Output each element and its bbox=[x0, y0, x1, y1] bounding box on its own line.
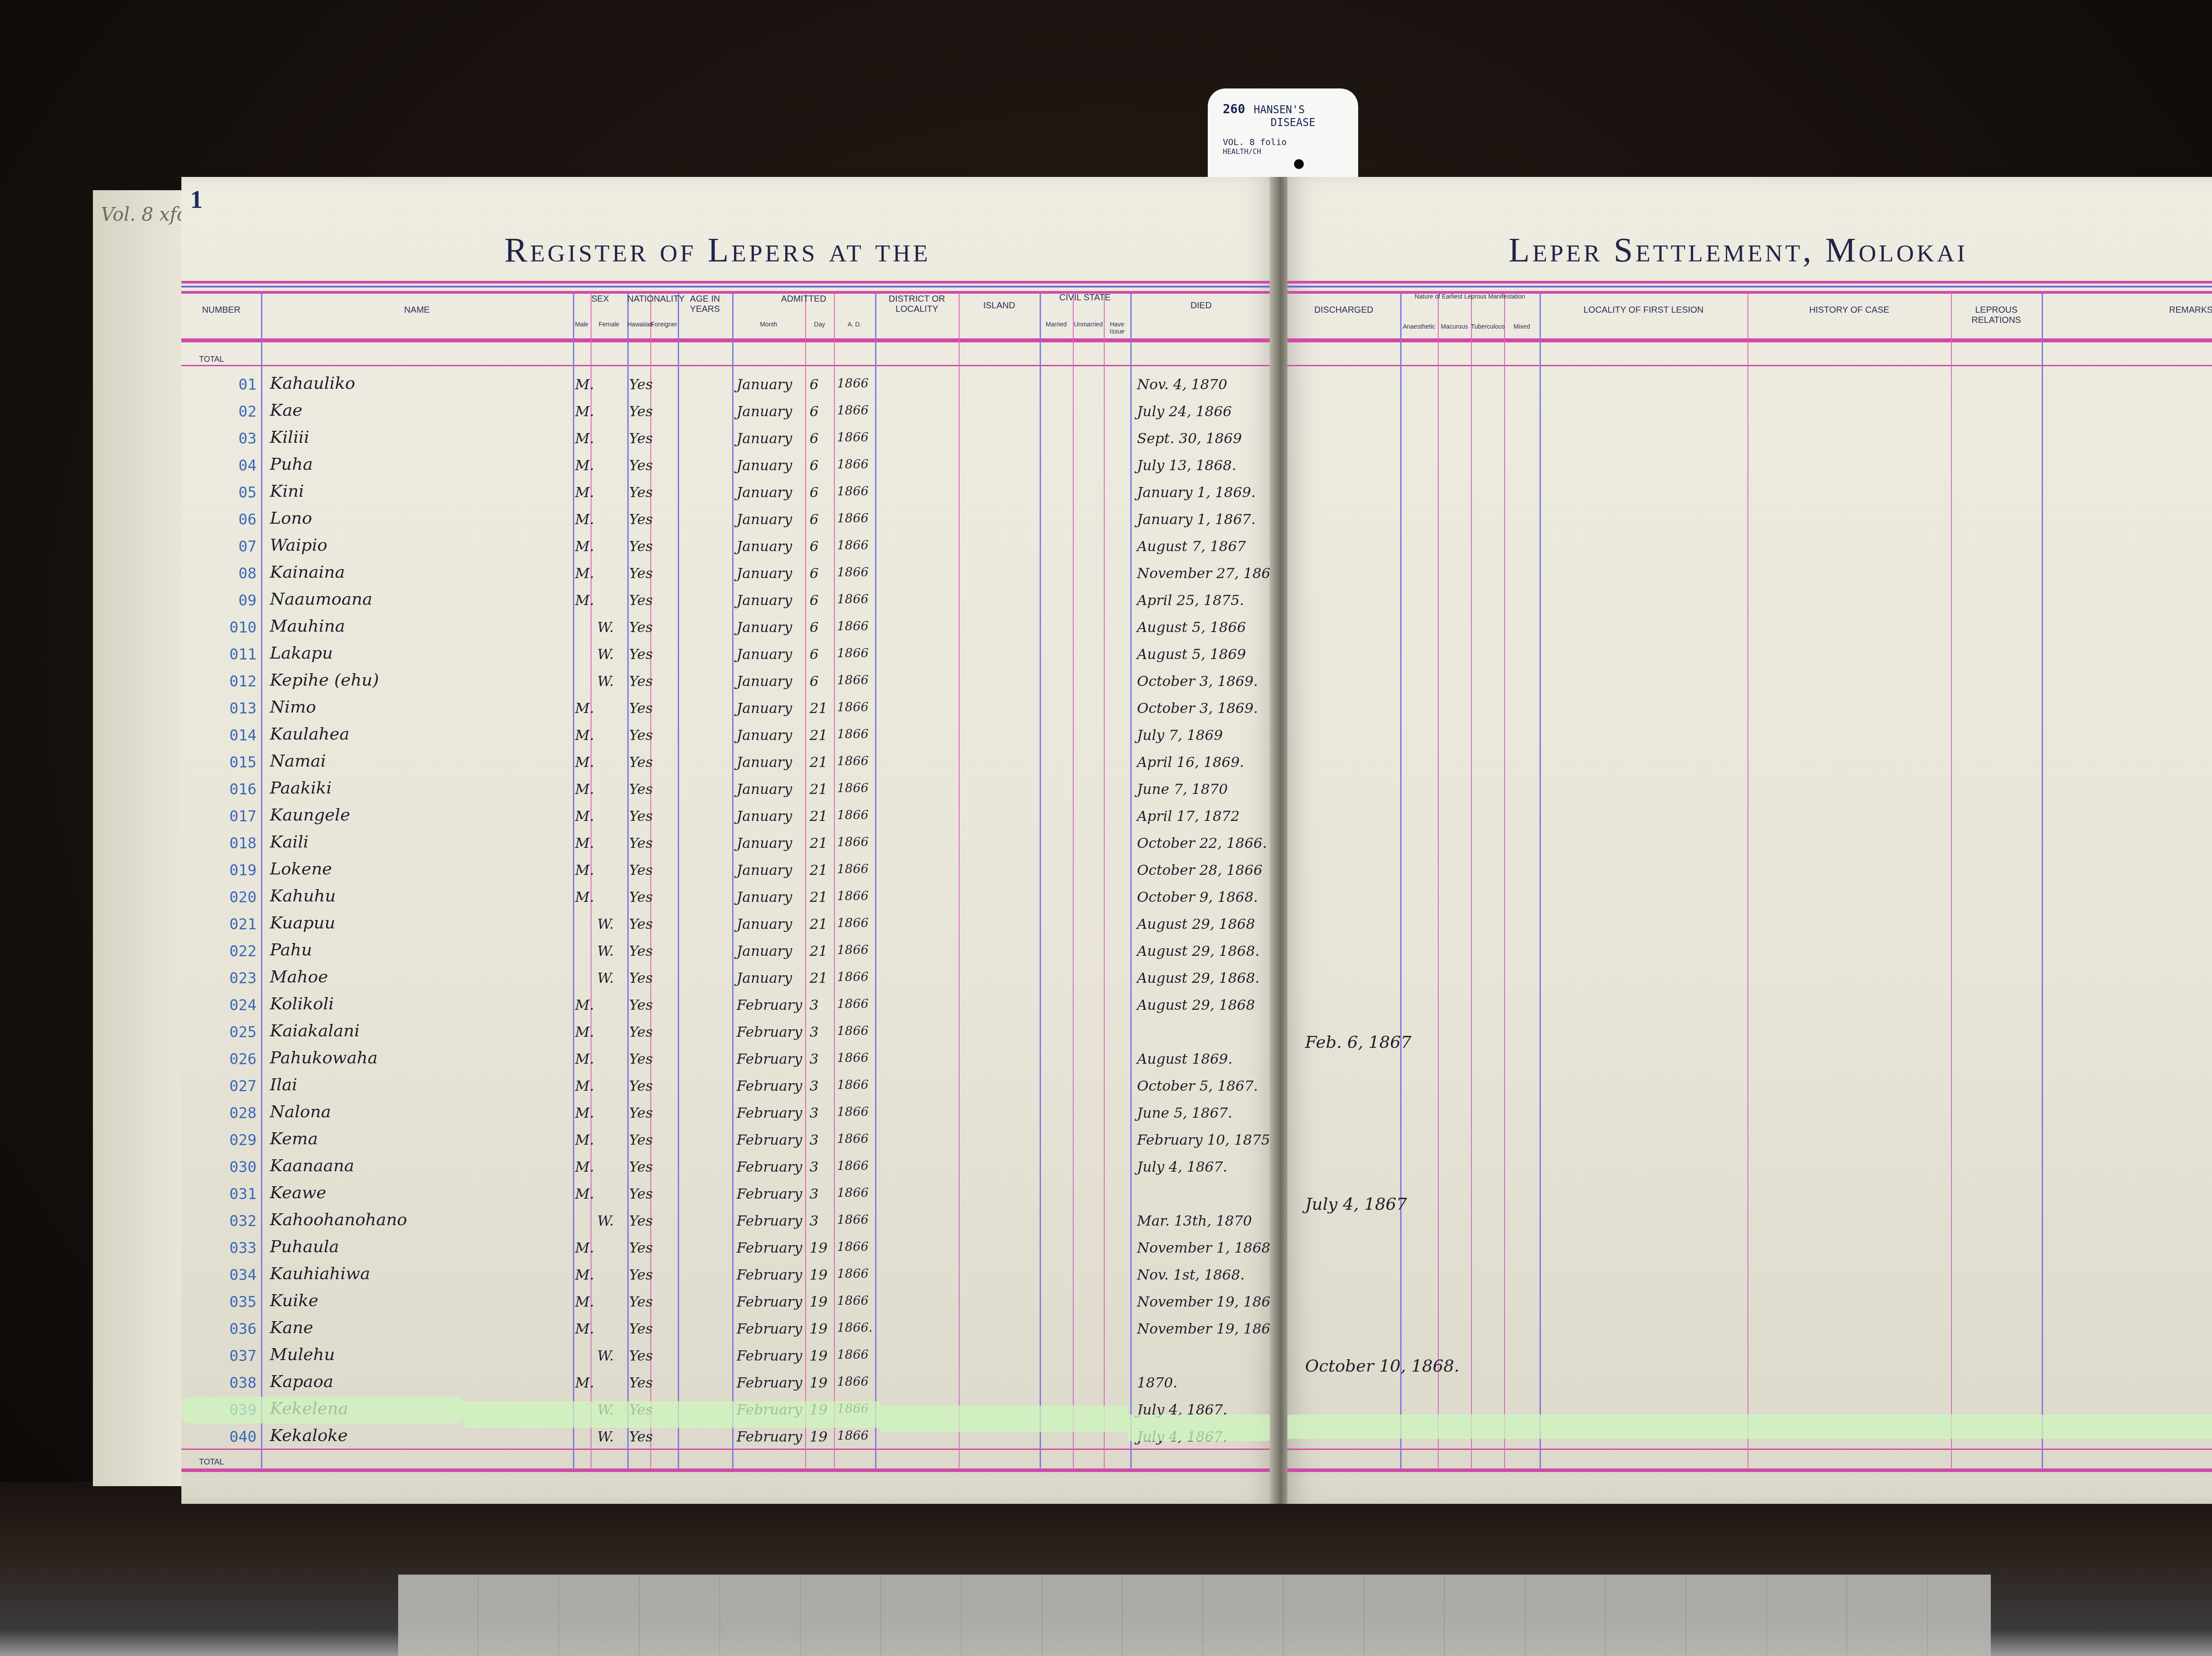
entry-hawaiian: Yes bbox=[629, 511, 653, 528]
entry-admit-day: 3 bbox=[810, 1050, 818, 1067]
entry-name: Kahauliko bbox=[270, 373, 355, 393]
highlight-band bbox=[465, 1401, 880, 1428]
entry-died: October 9, 1868. bbox=[1137, 889, 1258, 905]
entry-hawaiian: Yes bbox=[629, 727, 653, 744]
header-hawaiian: Hawaiian bbox=[627, 321, 650, 328]
entry-admit-day: 6 bbox=[810, 403, 818, 420]
left-page-title: Register of Lepers at the bbox=[504, 230, 930, 270]
entry-number: 036 bbox=[190, 1320, 257, 1338]
header-month: Month bbox=[732, 321, 805, 328]
entry-admit-year: 1866 bbox=[837, 754, 868, 768]
entry-admit-year: 1866 bbox=[837, 997, 868, 1011]
entry-died: Nov. 1st, 1868. bbox=[1137, 1266, 1244, 1283]
archive-volume: VOL. 8 folio bbox=[1223, 137, 1343, 147]
entry-name: Naaumoana bbox=[270, 589, 373, 609]
entry-name: Kema bbox=[270, 1129, 318, 1148]
entry-died: November 1, 1868. bbox=[1137, 1239, 1275, 1256]
column-line bbox=[834, 293, 835, 1469]
entry-died: August 29, 1868. bbox=[1137, 970, 1260, 986]
header-day: Day bbox=[805, 321, 834, 328]
header-macular: Macurous bbox=[1438, 323, 1471, 330]
entry-admit-month: January bbox=[737, 754, 792, 770]
entry-admit-year: 1866 bbox=[837, 619, 868, 633]
entry-sex: M. bbox=[575, 862, 594, 878]
entry-died: August 5, 1866 bbox=[1137, 619, 1246, 636]
entry-admit-month: January bbox=[737, 700, 792, 717]
entry-sex: M. bbox=[575, 403, 594, 420]
entry-admit-year: 1866 bbox=[837, 1050, 868, 1065]
entry-admit-year: 1866 bbox=[837, 565, 868, 579]
entry-died: November 27, 1866 bbox=[1137, 565, 1279, 582]
entry-admit-month: January bbox=[737, 376, 792, 393]
entry-name: Kaungele bbox=[270, 805, 350, 824]
header-foreigner: Foreigner bbox=[650, 321, 678, 328]
entry-sex: W. bbox=[597, 673, 614, 690]
entry-hawaiian: Yes bbox=[629, 1185, 653, 1202]
entry-sex: M. bbox=[575, 997, 594, 1013]
column-line bbox=[1400, 293, 1402, 1469]
entry-admit-year: 1866 bbox=[837, 943, 868, 957]
entry-admit-year: 1866 bbox=[837, 511, 868, 525]
entry-number: 024 bbox=[190, 997, 257, 1014]
entry-admit-month: January bbox=[737, 889, 792, 905]
header-nationality: Nationality bbox=[627, 294, 678, 304]
register-book: Vol. 8 xfo 1 Register of Lepers at the N… bbox=[93, 177, 2212, 1508]
entry-number: 017 bbox=[190, 808, 257, 825]
entry-sex: M. bbox=[575, 1158, 594, 1175]
entry-sex: M. bbox=[575, 1131, 594, 1148]
entry-sex: M. bbox=[575, 1266, 594, 1283]
entry-number: 08 bbox=[190, 565, 257, 583]
entry-name: Mauhina bbox=[270, 616, 345, 636]
entry-admit-year: 1866 bbox=[837, 592, 868, 606]
header-island: Island bbox=[959, 301, 1040, 311]
entry-admit-day: 21 bbox=[810, 889, 828, 905]
entry-name: Kaiakalani bbox=[270, 1021, 360, 1040]
entry-name: Kainaina bbox=[270, 562, 345, 582]
entry-admit-year: 1866 bbox=[837, 1023, 868, 1038]
entry-admit-year: 1866 bbox=[837, 1212, 868, 1227]
entry-hawaiian: Yes bbox=[629, 862, 653, 878]
entry-hawaiian: Yes bbox=[629, 1104, 653, 1121]
header-married: Married bbox=[1040, 321, 1073, 328]
entry-number: 028 bbox=[190, 1104, 257, 1122]
entry-admit-day: 6 bbox=[810, 538, 818, 555]
header-unmarried: Unmarried bbox=[1073, 321, 1104, 328]
entry-died: October 22, 1866. bbox=[1137, 835, 1267, 851]
entry-name: Kaili bbox=[270, 832, 309, 851]
entry-sex: M. bbox=[575, 781, 594, 797]
entry-died: April 17, 1872 bbox=[1137, 808, 1240, 824]
entry-admit-year: 1866 bbox=[837, 1077, 868, 1092]
entry-number: 022 bbox=[190, 943, 257, 960]
column-line bbox=[1438, 293, 1439, 1469]
entry-admit-day: 3 bbox=[810, 1077, 818, 1094]
entry-admit-day: 21 bbox=[810, 754, 828, 770]
entry-admit-month: January bbox=[737, 781, 792, 797]
entry-name: Lakapu bbox=[270, 643, 333, 663]
entry-sex: M. bbox=[575, 430, 594, 447]
total-label-bottom: TOTAL bbox=[199, 1457, 224, 1467]
entry-number: 032 bbox=[190, 1212, 257, 1230]
entry-admit-year: 1866 bbox=[837, 673, 868, 687]
entry-sex: M. bbox=[575, 376, 594, 393]
entry-name: Kauhiahiwa bbox=[270, 1264, 370, 1283]
entry-hawaiian: Yes bbox=[629, 808, 653, 824]
entry-sex: W. bbox=[597, 943, 614, 959]
entry-admit-day: 19 bbox=[810, 1266, 828, 1283]
entry-admit-month: January bbox=[737, 457, 792, 474]
entry-sex: M. bbox=[575, 1374, 594, 1391]
entry-admit-day: 6 bbox=[810, 646, 818, 663]
entry-name: Kae bbox=[270, 400, 303, 420]
column-line bbox=[1747, 293, 1748, 1469]
entry-discharged: October 10, 1868. bbox=[1305, 1356, 1459, 1376]
entry-discharged: Feb. 6, 1867 bbox=[1305, 1032, 1411, 1052]
entry-name: Nalona bbox=[270, 1102, 331, 1121]
entry-hawaiian: Yes bbox=[629, 700, 653, 717]
column-line bbox=[732, 293, 733, 1469]
entry-sex: M. bbox=[575, 835, 594, 851]
entry-sex: M. bbox=[575, 484, 594, 501]
entry-died: Sept. 30, 1869 bbox=[1137, 430, 1242, 447]
entry-number: 033 bbox=[190, 1239, 257, 1257]
entry-sex: W. bbox=[597, 646, 614, 663]
entry-admit-year: 1866 bbox=[837, 1266, 868, 1281]
total-rule bbox=[181, 365, 1274, 366]
entry-admit-month: January bbox=[737, 565, 792, 582]
entry-name: Pahu bbox=[270, 940, 312, 959]
entry-admit-day: 6 bbox=[810, 673, 818, 690]
entry-admit-month: January bbox=[737, 403, 792, 420]
entry-admit-day: 19 bbox=[810, 1347, 828, 1364]
entry-number: 05 bbox=[190, 484, 257, 502]
entry-admit-month: February bbox=[737, 997, 802, 1013]
entry-admit-month: January bbox=[737, 538, 792, 555]
entry-admit-month: January bbox=[737, 430, 792, 447]
column-line bbox=[875, 293, 876, 1469]
header-anaesthetic: Anaesthetic bbox=[1400, 323, 1438, 330]
entry-hawaiian: Yes bbox=[629, 1212, 653, 1229]
header-discharged: Discharged bbox=[1287, 305, 1400, 315]
left-page: 1 Register of Lepers at the NumberNameSe… bbox=[181, 177, 1274, 1504]
entry-number: 012 bbox=[190, 673, 257, 690]
entry-admit-day: 3 bbox=[810, 1131, 818, 1148]
header-district: District or Locality bbox=[875, 294, 959, 314]
entry-admit-year: 1866 bbox=[837, 1104, 868, 1119]
entry-name: Pahukowaha bbox=[270, 1048, 378, 1067]
entry-admit-day: 3 bbox=[810, 1212, 818, 1229]
entry-name: Kaulahea bbox=[270, 724, 349, 744]
highlight-band bbox=[1287, 1414, 2212, 1439]
entry-number: 02 bbox=[190, 403, 257, 421]
entry-name: Kahoohanohano bbox=[270, 1210, 407, 1229]
entry-admit-day: 21 bbox=[810, 970, 828, 986]
column-line bbox=[1540, 293, 1541, 1469]
entry-name: Lokene bbox=[270, 859, 332, 878]
entry-hawaiian: Yes bbox=[629, 1428, 653, 1445]
entry-hawaiian: Yes bbox=[629, 619, 653, 636]
entry-hawaiian: Yes bbox=[629, 1374, 653, 1391]
entry-sex: M. bbox=[575, 808, 594, 824]
entry-name: Nimo bbox=[270, 697, 316, 717]
column-line bbox=[1504, 293, 1505, 1469]
entry-hawaiian: Yes bbox=[629, 1077, 653, 1094]
entry-admit-year: 1866 bbox=[837, 781, 868, 795]
entry-hawaiian: Yes bbox=[629, 781, 653, 797]
entry-admit-month: February bbox=[737, 1131, 802, 1148]
entry-admit-month: February bbox=[737, 1293, 802, 1310]
entry-admit-year: 1866 bbox=[837, 1185, 868, 1200]
entry-admit-month: January bbox=[737, 808, 792, 824]
column-line bbox=[1951, 293, 1952, 1469]
entry-died: June 7, 1870 bbox=[1137, 781, 1228, 797]
entry-admit-month: February bbox=[737, 1023, 802, 1040]
entry-admit-day: 6 bbox=[810, 619, 818, 636]
column-line bbox=[805, 293, 806, 1469]
header-rule-blue bbox=[1287, 286, 2212, 287]
entry-admit-year: 1866 bbox=[837, 1158, 868, 1173]
entry-number: 04 bbox=[190, 457, 257, 475]
footer-rule-thick bbox=[1287, 1468, 2212, 1472]
entry-number: 034 bbox=[190, 1266, 257, 1284]
entry-admit-year: 1866 bbox=[837, 538, 868, 552]
column-line bbox=[627, 293, 629, 1469]
entry-number: 030 bbox=[190, 1158, 257, 1176]
entry-sex: M. bbox=[575, 1077, 594, 1094]
entry-hawaiian: Yes bbox=[629, 457, 653, 474]
header-nature: Nature of Earliest Leprous Manifestation bbox=[1400, 293, 1540, 300]
entry-number: 020 bbox=[190, 889, 257, 906]
highlight-band bbox=[880, 1406, 1128, 1432]
entry-number: 035 bbox=[190, 1293, 257, 1311]
entry-admit-month: February bbox=[737, 1266, 802, 1283]
entry-admit-year: 1866 bbox=[837, 403, 868, 418]
column-line bbox=[1040, 293, 1041, 1469]
entry-admit-year: 1866. bbox=[837, 1320, 872, 1335]
archive-series: HEALTH/CH bbox=[1223, 147, 1343, 156]
entry-sex: M. bbox=[575, 1023, 594, 1040]
header-history: History of Case bbox=[1747, 305, 1951, 315]
entry-died: January 1, 1869. bbox=[1137, 484, 1256, 501]
entry-sex: W. bbox=[597, 970, 614, 986]
header-number: Number bbox=[181, 305, 261, 315]
entry-died: August 1869. bbox=[1137, 1050, 1233, 1067]
entry-sex: M. bbox=[575, 1050, 594, 1067]
entry-sex: W. bbox=[597, 619, 614, 636]
archive-subject-1: HANSEN'S bbox=[1254, 103, 1305, 116]
entry-number: 06 bbox=[190, 511, 257, 529]
entry-admit-day: 21 bbox=[810, 916, 828, 932]
entry-died: August 7, 1867 bbox=[1137, 538, 1246, 555]
header-locality_first_lesion: Locality of First Lesion bbox=[1540, 305, 1747, 315]
entry-hawaiian: Yes bbox=[629, 1347, 653, 1364]
tab-punch-hole bbox=[1294, 159, 1304, 169]
entry-sex: M. bbox=[575, 1320, 594, 1337]
highlight-band bbox=[1128, 1414, 1274, 1441]
entry-hawaiian: Yes bbox=[629, 592, 653, 609]
entry-admit-month: February bbox=[737, 1050, 802, 1067]
entry-admit-month: February bbox=[737, 1374, 802, 1391]
entry-died: August 29, 1868. bbox=[1137, 943, 1260, 959]
entry-sex: M. bbox=[575, 457, 594, 474]
header-rule-top bbox=[1287, 281, 2212, 284]
entry-sex: M. bbox=[575, 1293, 594, 1310]
entry-name: Namai bbox=[270, 751, 326, 770]
entry-number: 031 bbox=[190, 1185, 257, 1203]
entry-admit-month: January bbox=[737, 835, 792, 851]
entry-sex: M. bbox=[575, 889, 594, 905]
entry-hawaiian: Yes bbox=[629, 916, 653, 932]
entry-admit-year: 1866 bbox=[837, 889, 868, 903]
entry-admit-year: 1866 bbox=[837, 970, 868, 984]
entry-hawaiian: Yes bbox=[629, 430, 653, 447]
entry-discharged: July 4, 1867 bbox=[1305, 1194, 1407, 1214]
entry-sex: W. bbox=[597, 1428, 614, 1445]
column-line bbox=[2042, 293, 2043, 1469]
entry-name: Kapaoa bbox=[270, 1372, 334, 1391]
header-remarks: Remarks bbox=[2042, 305, 2212, 315]
entry-admit-month: January bbox=[737, 619, 792, 636]
entry-hawaiian: Yes bbox=[629, 673, 653, 690]
entry-sex: W. bbox=[597, 916, 614, 932]
column-line bbox=[1471, 293, 1472, 1469]
header-rule-bottom bbox=[1287, 338, 2212, 342]
entry-name: Mahoe bbox=[270, 967, 328, 986]
entry-number: 014 bbox=[190, 727, 257, 744]
entry-admit-year: 1866 bbox=[837, 457, 868, 471]
entry-number: 07 bbox=[190, 538, 257, 556]
left-page-number: 1 bbox=[190, 186, 203, 214]
entry-number: 025 bbox=[190, 1023, 257, 1041]
entry-admit-day: 19 bbox=[810, 1374, 828, 1391]
entry-admit-month: February bbox=[737, 1077, 802, 1094]
entry-hawaiian: Yes bbox=[629, 376, 653, 393]
entry-name: Puhaula bbox=[270, 1237, 339, 1256]
header-leprous_relations: Leprous Relations bbox=[1951, 305, 2042, 326]
entry-hawaiian: Yes bbox=[629, 1023, 653, 1040]
entry-admit-year: 1866 bbox=[837, 835, 868, 849]
entry-hawaiian: Yes bbox=[629, 754, 653, 770]
entry-admit-day: 6 bbox=[810, 457, 818, 474]
entry-admit-year: 1866 bbox=[837, 1428, 868, 1443]
column-line bbox=[1104, 293, 1105, 1469]
entry-admit-month: January bbox=[737, 943, 792, 959]
entry-admit-day: 21 bbox=[810, 943, 828, 959]
entry-name: Lono bbox=[270, 508, 312, 528]
entry-sex: M. bbox=[575, 754, 594, 770]
header-sex: Sex bbox=[573, 294, 627, 304]
entry-name: Kaanaana bbox=[270, 1156, 354, 1175]
entry-sex: W. bbox=[597, 1347, 614, 1364]
entry-admit-day: 6 bbox=[810, 565, 818, 582]
entry-admit-year: 1866 bbox=[837, 1131, 868, 1146]
entry-admit-day: 21 bbox=[810, 835, 828, 851]
footer-rule bbox=[181, 1449, 1274, 1450]
entry-name: Kane bbox=[270, 1318, 313, 1337]
entry-name: Mulehu bbox=[270, 1345, 335, 1364]
entry-died: April 25, 1875. bbox=[1137, 592, 1244, 609]
entry-hawaiian: Yes bbox=[629, 1293, 653, 1310]
entry-number: 018 bbox=[190, 835, 257, 852]
entry-died: February 10, 1875. bbox=[1137, 1131, 1275, 1148]
entry-sex: W. bbox=[597, 1212, 614, 1229]
entry-admit-day: 3 bbox=[810, 1023, 818, 1040]
header-died: Died bbox=[1130, 301, 1272, 311]
entry-name: Paakiki bbox=[270, 778, 332, 797]
archive-tab-label: 260 HANSEN'S DISEASE VOL. 8 folio HEALTH… bbox=[1208, 88, 1358, 186]
entry-number: 029 bbox=[190, 1131, 257, 1149]
entry-died: August 29, 1868 bbox=[1137, 997, 1255, 1013]
entry-name: Kini bbox=[270, 481, 304, 501]
entry-admit-month: February bbox=[737, 1428, 802, 1445]
entry-number: 03 bbox=[190, 430, 257, 448]
entry-admit-month: February bbox=[737, 1185, 802, 1202]
entry-died: August 29, 1868 bbox=[1137, 916, 1255, 932]
entry-name: Keawe bbox=[270, 1183, 326, 1202]
entry-died: October 28, 1866 bbox=[1137, 862, 1263, 878]
entry-number: 023 bbox=[190, 970, 257, 987]
entry-admit-day: 19 bbox=[810, 1320, 828, 1337]
column-line bbox=[1073, 293, 1074, 1469]
entry-admit-month: February bbox=[737, 1212, 802, 1229]
entry-hawaiian: Yes bbox=[629, 1239, 653, 1256]
entry-hawaiian: Yes bbox=[629, 970, 653, 986]
entry-sex: M. bbox=[575, 538, 594, 555]
entry-admit-month: January bbox=[737, 970, 792, 986]
entry-admit-year: 1866 bbox=[837, 862, 868, 876]
entry-number: 011 bbox=[190, 646, 257, 663]
entry-admit-year: 1866 bbox=[837, 484, 868, 498]
entry-number: 021 bbox=[190, 916, 257, 933]
entry-admit-day: 3 bbox=[810, 997, 818, 1013]
entry-died: October 3, 1869. bbox=[1137, 673, 1258, 690]
entry-hawaiian: Yes bbox=[629, 538, 653, 555]
entry-died: October 3, 1869. bbox=[1137, 700, 1258, 717]
entry-admit-month: January bbox=[737, 484, 792, 501]
entry-admit-month: January bbox=[737, 727, 792, 744]
entry-name: Kolikoli bbox=[270, 994, 334, 1013]
entry-admit-day: 3 bbox=[810, 1185, 818, 1202]
entry-died: July 7, 1869 bbox=[1137, 727, 1223, 744]
entry-number: 027 bbox=[190, 1077, 257, 1095]
entry-admit-month: January bbox=[737, 916, 792, 932]
entry-admit-day: 21 bbox=[810, 862, 828, 878]
header-age: Age in Years bbox=[678, 294, 732, 314]
entry-died: Nov. 4, 1870 bbox=[1137, 376, 1227, 393]
entry-admit-day: 21 bbox=[810, 700, 828, 717]
entry-hawaiian: Yes bbox=[629, 997, 653, 1013]
entry-name: Kekaloke bbox=[270, 1426, 348, 1445]
entry-number: 019 bbox=[190, 862, 257, 879]
entry-name: Kepihe (ehu) bbox=[270, 670, 379, 690]
entry-died: April 16, 1869. bbox=[1137, 754, 1244, 770]
entry-admit-month: January bbox=[737, 673, 792, 690]
header-male: Male bbox=[573, 321, 591, 328]
header-mixed: Mixed bbox=[1504, 323, 1540, 330]
entry-hawaiian: Yes bbox=[629, 1050, 653, 1067]
entry-died: July 4, 1867. bbox=[1137, 1158, 1227, 1175]
header-ad: A. D. bbox=[834, 321, 875, 328]
entry-number: 016 bbox=[190, 781, 257, 798]
header-tuberculous: Tuberculous bbox=[1471, 323, 1504, 330]
footer-rule-thick bbox=[181, 1468, 1274, 1472]
entry-admit-day: 6 bbox=[810, 511, 818, 528]
header-rule-top bbox=[181, 281, 1274, 284]
entry-sex: M. bbox=[575, 511, 594, 528]
entry-admit-month: February bbox=[737, 1320, 802, 1337]
entry-admit-month: February bbox=[737, 1104, 802, 1121]
